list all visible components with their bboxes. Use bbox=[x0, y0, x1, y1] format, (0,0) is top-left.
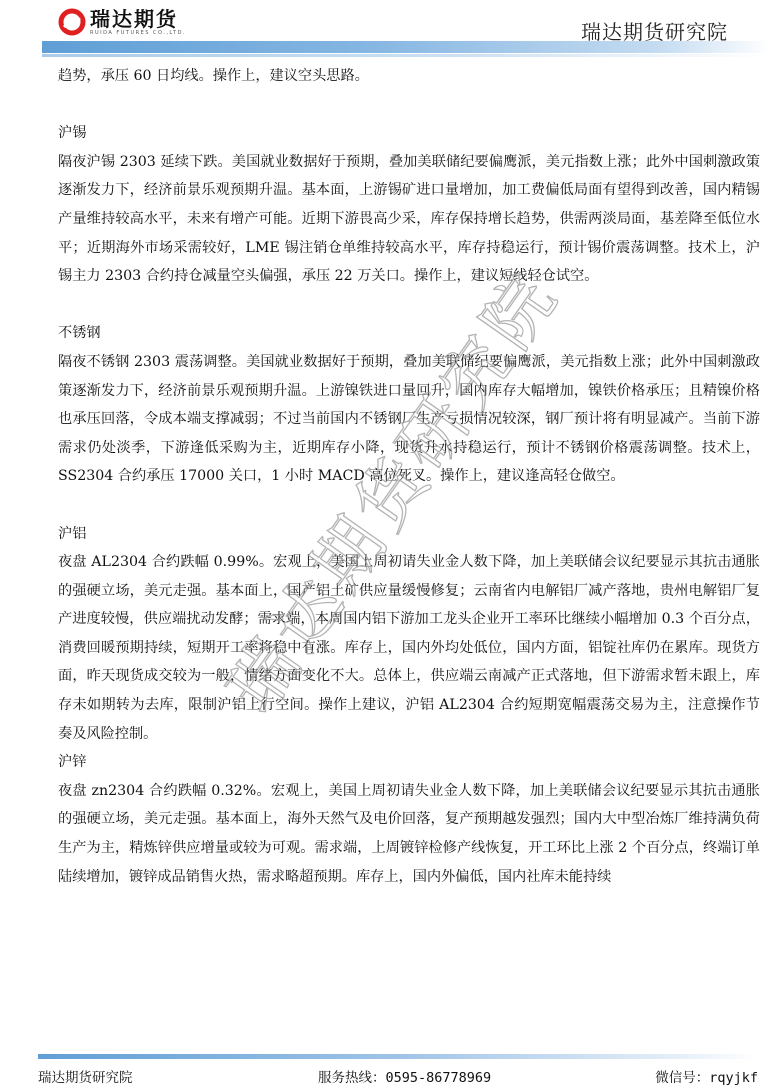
header-divider-line bbox=[42, 54, 770, 57]
paragraph-continued: 趋势，承压 60 日均线。操作上，建议空头思路。 bbox=[58, 62, 760, 91]
section-heading-stainless-steel: 不锈钢 bbox=[58, 319, 760, 348]
page-footer: 瑞达期货研究院 服务热线：0595-86778969 微信号：rqyjkf bbox=[38, 1066, 758, 1086]
section-paragraph-zinc: 夜盘 zn2304 合约跌幅 0.32%。宏观上，美国上周初请失业金人数下降，加… bbox=[58, 777, 760, 891]
footer-divider-bar bbox=[38, 1054, 758, 1059]
footer-wechat: 微信号：rqyjkf bbox=[655, 1066, 758, 1086]
section-paragraph-aluminum: 夜盘 AL2304 合约跌幅 0.99%。宏观上，美国上周初请失业金人数下降，加… bbox=[58, 548, 760, 748]
page-header: 瑞达期货 RUIDA FUTURES CO.,LTD. 瑞达期货研究院 bbox=[0, 0, 770, 60]
footer-hotline: 服务热线：0595-86778969 bbox=[318, 1066, 491, 1086]
footer-org-name: 瑞达期货研究院 bbox=[38, 1066, 133, 1086]
report-body: 趋势，承压 60 日均线。操作上，建议空头思路。 沪锡 隔夜沪锡 2303 延续… bbox=[58, 62, 760, 891]
company-logo: 瑞达期货 RUIDA FUTURES CO.,LTD. bbox=[58, 4, 186, 40]
section-heading-aluminum: 沪铝 bbox=[58, 520, 760, 549]
section-heading-zinc: 沪锌 bbox=[58, 748, 760, 777]
ruida-logo-icon bbox=[58, 8, 86, 36]
logo-english-name: RUIDA FUTURES CO.,LTD. bbox=[90, 30, 186, 36]
logo-chinese-name: 瑞达期货 bbox=[90, 8, 186, 30]
section-heading-tin: 沪锡 bbox=[58, 119, 760, 148]
section-paragraph-stainless-steel: 隔夜不锈钢 2303 震荡调整。美国就业数据好于预期，叠加美联储纪要偏鹰派，美元… bbox=[58, 348, 760, 491]
section-paragraph-tin: 隔夜沪锡 2303 延续下跌。美国就业数据好于预期，叠加美联储纪要偏鹰派，美元指… bbox=[58, 148, 760, 291]
header-divider-bar bbox=[42, 41, 770, 53]
